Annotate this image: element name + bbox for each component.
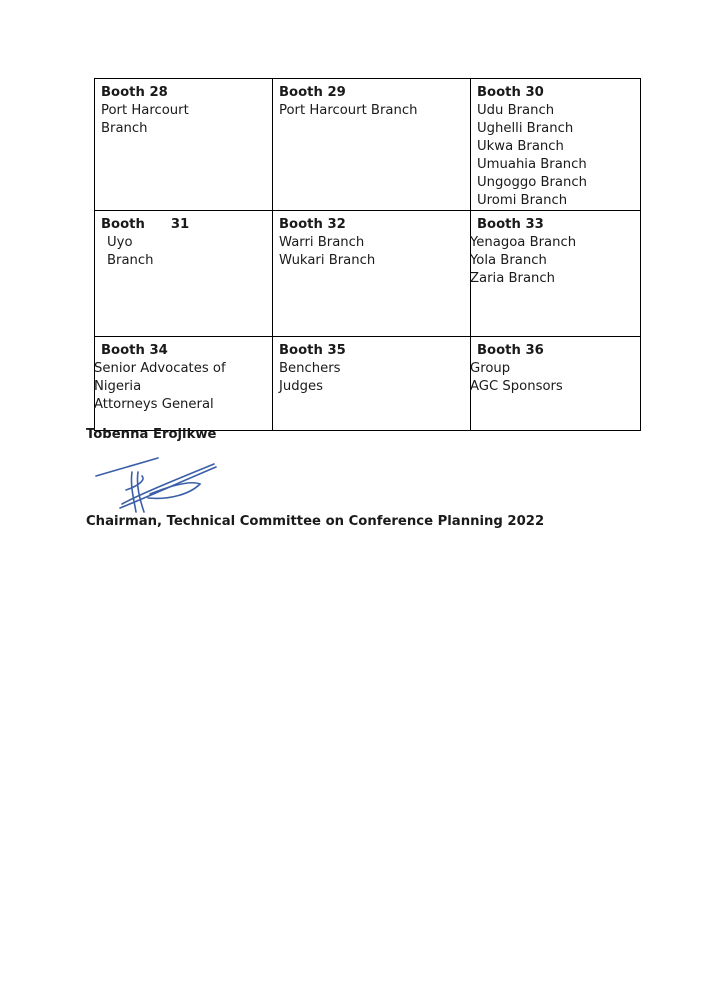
booth-item: Wukari Branch [279, 252, 464, 270]
table-row: Booth 28 Port Harcourt Branch Booth 29 P… [95, 79, 641, 211]
booth-item: Judges [279, 378, 464, 396]
booth-cell-36: Booth 36 Group AGC Sponsors [471, 337, 641, 431]
signer-name: Tobenna Erojikwe [86, 427, 216, 442]
booth-title-word: Booth [101, 217, 145, 232]
table-row: Booth31 Uyo Branch Booth 32 Warri Branch… [95, 211, 641, 337]
booth-title: Booth 28 [101, 84, 266, 102]
booth-title: Booth 32 [279, 216, 464, 234]
booth-item: Attorneys General [94, 396, 266, 414]
booth-item: Warri Branch [279, 234, 464, 252]
booth-cell-28: Booth 28 Port Harcourt Branch [95, 79, 273, 211]
table-row: Booth 34 Senior Advocates of Nigeria Att… [95, 337, 641, 431]
booth-allocation-table: Booth 28 Port Harcourt Branch Booth 29 P… [94, 78, 641, 431]
booth-title: Booth31 [101, 216, 266, 234]
booth-item: Uromi Branch [477, 192, 634, 210]
booth-item: Port Harcourt [101, 102, 266, 120]
booth-title: Booth 30 [477, 84, 634, 102]
signature-image [90, 450, 220, 516]
signer-role: Chairman, Technical Committee on Confere… [86, 514, 544, 529]
booth-item: Yola Branch [470, 252, 634, 270]
booth-item: Umuahia Branch [477, 156, 634, 174]
booth-cell-30: Booth 30 Udu Branch Ughelli Branch Ukwa … [471, 79, 641, 211]
booth-item: Uyo [101, 234, 266, 252]
booth-item: Udu Branch [477, 102, 634, 120]
booth-item: AGC Sponsors [470, 378, 634, 396]
booth-item: Ungoggo Branch [477, 174, 634, 192]
booth-item: Ukwa Branch [477, 138, 634, 156]
booth-cell-29: Booth 29 Port Harcourt Branch [273, 79, 471, 211]
booth-cell-31: Booth31 Uyo Branch [95, 211, 273, 337]
booth-title: Booth 36 [477, 342, 634, 360]
booth-item: Nigeria [94, 378, 266, 396]
booth-title-number: 31 [171, 217, 189, 232]
booth-cell-33: Booth 33 Yenagoa Branch Yola Branch Zari… [471, 211, 641, 337]
booth-item: Branch [101, 120, 266, 138]
booth-cell-35: Booth 35 Benchers Judges [273, 337, 471, 431]
booth-cell-32: Booth 32 Warri Branch Wukari Branch [273, 211, 471, 337]
booth-item: Branch [101, 252, 266, 270]
booth-item: Zaria Branch [470, 270, 634, 288]
booth-item: Senior Advocates of [94, 360, 266, 378]
booth-title: Booth 35 [279, 342, 464, 360]
booth-item: Group [470, 360, 634, 378]
booth-item: Ughelli Branch [477, 120, 634, 138]
booth-item: Benchers [279, 360, 464, 378]
booth-cell-34: Booth 34 Senior Advocates of Nigeria Att… [95, 337, 273, 431]
booth-item: Port Harcourt Branch [279, 102, 464, 120]
booth-item: Yenagoa Branch [470, 234, 634, 252]
booth-title: Booth 34 [101, 342, 266, 360]
booth-title: Booth 33 [477, 216, 634, 234]
booth-title: Booth 29 [279, 84, 464, 102]
